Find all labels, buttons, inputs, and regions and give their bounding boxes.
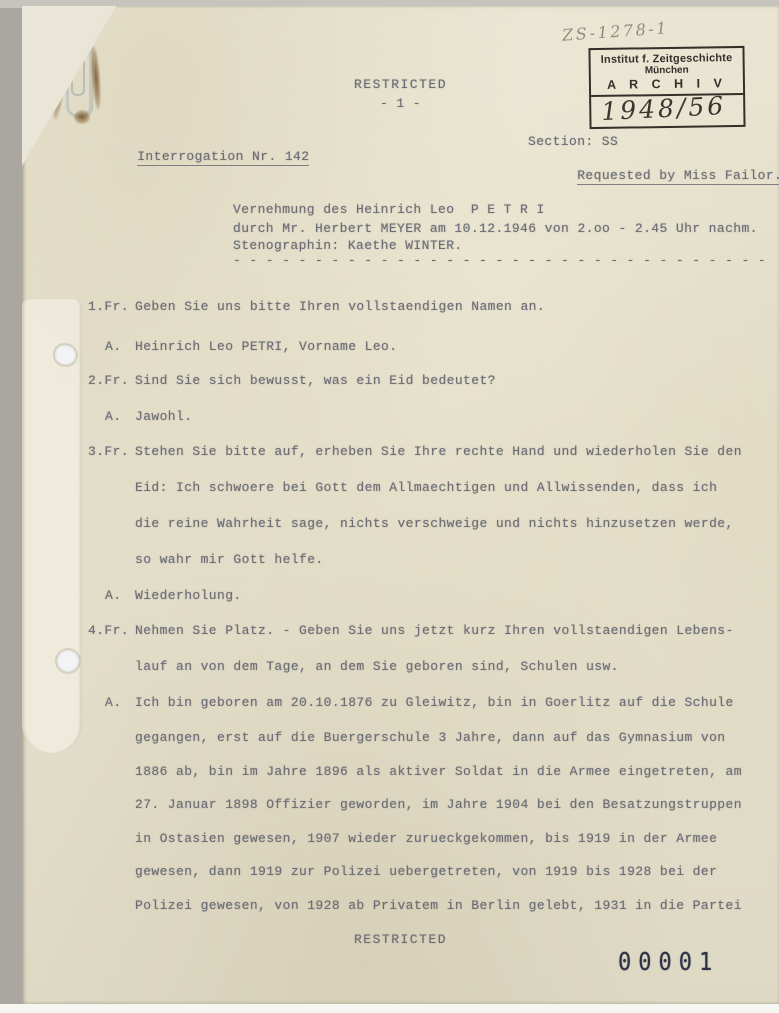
question-text: Geben Sie uns bitte Ihren vollstaendigen… (135, 299, 545, 314)
qa-item-2: 2.Fr.Sind Sie sich bewusst, was ein Eid … (22, 363, 779, 435)
answer-line: gewesen, dann 1919 zur Polizei uebergetr… (22, 855, 779, 889)
answer-line: A.Jawohl. (22, 399, 779, 435)
page-number: - 1 - (22, 96, 779, 111)
question-text: lauf an von dem Tage, an dem Sie geboren… (135, 659, 619, 674)
section-label: Section: SS (528, 134, 618, 149)
document-page: ZS-1278-1 Institut f. Zeitgeschichte Mün… (22, 6, 779, 1005)
session-stenographer-line: Stenographin: Kaethe WINTER. (233, 238, 463, 253)
question-line: Eid: Ich schwoere bei Gott dem Allmaecht… (22, 470, 779, 506)
interrogation-title-text: Interrogation Nr. 142 (137, 149, 309, 166)
answer-line: Polizei gewesen, von 1928 ab Privatem in… (22, 889, 779, 923)
question-number: 3.Fr. (88, 434, 129, 470)
answer-line: gegangen, erst auf die Buergerschule 3 J… (22, 721, 779, 755)
question-number: 1.Fr. (88, 287, 129, 327)
question-text: Sind Sie sich bewusst, was ein Eid bedeu… (135, 373, 496, 388)
answer-text: Heinrich Leo PETRI, Vorname Leo. (135, 339, 397, 354)
answer-text: Jawohl. (135, 409, 192, 424)
scanner-background-bottom (0, 1004, 779, 1013)
question-line: die reine Wahrheit sage, nichts verschwe… (22, 506, 779, 542)
question-number: 4.Fr. (88, 613, 129, 649)
answer-text: Wiederholung. (135, 588, 242, 603)
question-text: Eid: Ich schwoere bei Gott dem Allmaecht… (135, 480, 717, 495)
answer-line: in Ostasien gewesen, 1907 wieder zurueck… (22, 822, 779, 856)
classification-bottom: RESTRICTED (22, 932, 779, 947)
answer-text: 27. Januar 1898 Offizier geworden, im Ja… (135, 797, 742, 812)
question-text: so wahr mir Gott helfe. (135, 552, 324, 567)
question-line: 1.Fr.Geben Sie uns bitte Ihren vollstaen… (22, 287, 779, 327)
answer-line: A.Heinrich Leo PETRI, Vorname Leo. (22, 327, 779, 367)
qa-item-3: 3.Fr.Stehen Sie bitte auf, erheben Sie I… (22, 434, 779, 614)
answer-label: A. (105, 399, 121, 435)
qa-item-1: 1.Fr.Geben Sie uns bitte Ihren vollstaen… (22, 287, 779, 367)
answer-line: 1886 ab, bin im Jahre 1896 als aktiver S… (22, 755, 779, 789)
answer-label: A. (105, 578, 121, 614)
answer-text: gegangen, erst auf die Buergerschule 3 J… (135, 730, 726, 745)
answer-text: in Ostasien gewesen, 1907 wieder zurueck… (135, 831, 717, 846)
interrogation-title: Interrogation Nr. 142 (88, 134, 309, 179)
session-subject-line: Vernehmung des Heinrich Leo P E T R I (233, 202, 545, 217)
qa-item-4: 4.Fr.Nehmen Sie Platz. - Geben Sie uns j… (22, 613, 779, 922)
requested-by: Requested by Miss Failor. (528, 153, 779, 198)
answer-line: 27. Januar 1898 Offizier geworden, im Ja… (22, 788, 779, 822)
question-line: 4.Fr.Nehmen Sie Platz. - Geben Sie uns j… (22, 613, 779, 649)
dashed-separator: - - - - - - - - - - - - - - - - - - - - … (233, 253, 766, 268)
classification-top: RESTRICTED (22, 77, 779, 92)
serial-number-stamp: 00001 (618, 948, 719, 977)
question-text: die reine Wahrheit sage, nichts verschwe… (135, 516, 734, 531)
answer-line: A.Wiederholung. (22, 578, 779, 614)
answer-label: A. (105, 327, 121, 367)
answer-text: 1886 ab, bin im Jahre 1896 als aktiver S… (135, 764, 742, 779)
answer-text: gewesen, dann 1919 zur Polizei uebergetr… (135, 864, 717, 879)
question-number: 2.Fr. (88, 363, 129, 399)
archive-stamp-line2: München (593, 64, 741, 77)
answer-line: A.Ich bin geboren am 20.10.1876 zu Gleiw… (22, 685, 779, 721)
answer-text: Polizei gewesen, von 1928 ab Privatem in… (135, 898, 742, 913)
answer-text: Ich bin geboren am 20.10.1876 zu Gleiwit… (135, 695, 734, 710)
question-line: 2.Fr.Sind Sie sich bewusst, was ein Eid … (22, 363, 779, 399)
question-line: 3.Fr.Stehen Sie bitte auf, erheben Sie I… (22, 434, 779, 470)
pencil-shelfmark: ZS-1278-1 (561, 18, 669, 44)
question-text: Nehmen Sie Platz. - Geben Sie uns jetzt … (135, 623, 734, 638)
scanned-document: ZS-1278-1 Institut f. Zeitgeschichte Mün… (0, 0, 779, 1013)
archive-stamp-line1: Institut f. Zeitgeschichte (593, 52, 741, 66)
requested-by-text: Requested by Miss Failor. (577, 168, 779, 185)
question-text: Stehen Sie bitte auf, erheben Sie Ihre r… (135, 444, 742, 459)
question-line: lauf an von dem Tage, an dem Sie geboren… (22, 649, 779, 685)
question-line: so wahr mir Gott helfe. (22, 542, 779, 578)
rust-stain (74, 110, 90, 124)
session-interrogator-line: durch Mr. Herbert MEYER am 10.12.1946 vo… (233, 221, 758, 236)
answer-label: A. (105, 685, 121, 721)
